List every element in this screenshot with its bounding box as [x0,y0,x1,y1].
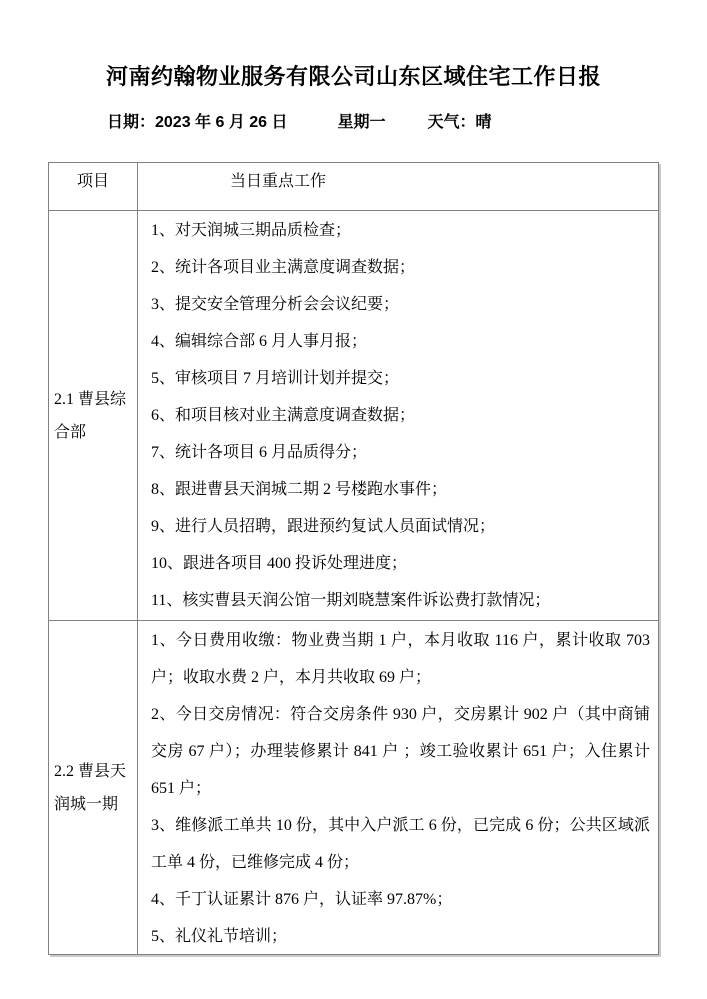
project-label-line: 合部 [54,416,137,449]
work-item: 6、和项目核对业主满意度调查数据； [151,397,650,434]
project-label-line: 2.1 曹县综 [54,383,137,416]
work-item: 2、今日交房情况：符合交房条件 930 户，交房累计 902 户（其中商铺交房 … [151,696,650,807]
work-item: 10、跟进各项目 400 投诉处理进度； [151,545,650,582]
work-items-caoxian-tianruncheng: 1、今日费用收缴：物业费当期 1 户，本月收取 116 户，累计收取 703 户… [138,621,658,954]
work-item: 5、审核项目 7 月培训计划并提交； [151,360,650,397]
work-item: 9、进行人员招聘，跟进预约复试人员面试情况； [151,508,650,545]
work-item: 1、对天润城三期品质检查； [151,212,650,249]
work-item: 5、礼仪礼节培训； [151,918,650,954]
work-item: 4、编辑综合部 6 月人事月报； [151,323,650,360]
date-value: 日期：2023 年 6 月 26 日 [107,114,288,131]
work-item: 3、提交安全管理分析会会议纪要； [151,286,650,323]
work-item: 4、千丁认证累计 876 户，认证率 97.87%； [151,881,650,918]
work-items-caoxian-zonghebu: 1、对天润城三期品质检查； 2、统计各项目业主满意度调查数据； 3、提交安全管理… [138,211,658,621]
work-item: 3、维修派工单共 10 份，其中入户派工 6 份，已完成 6 份；公共区域派工单… [151,807,650,881]
date-line: 日期：2023 年 6 月 26 日星期一天气：晴 [107,110,492,136]
project-cell-caoxian-tianruncheng: 2.2 曹县天 润城一期 [49,621,138,954]
work-item: 1、今日费用收缴：物业费当期 1 户，本月收取 116 户，累计收取 703 户… [151,622,650,696]
work-item: 8、跟进曹县天润城二期 2 号楼跑水事件； [151,471,650,508]
weekday-value: 星期一 [338,114,386,131]
daily-report-table: 项目 当日重点工作 2.1 曹县综 合部 1、对天润城三期品质检查； 2、统计各… [48,162,659,955]
weather-value: 天气：晴 [428,114,492,131]
page-title: 河南约翰物业服务有限公司山东区域住宅工作日报 [0,62,707,92]
project-label-line: 润城一期 [54,788,137,821]
work-item: 7、统计各项目 6 月品质得分； [151,434,650,471]
project-cell-caoxian-zonghebu: 2.1 曹县综 合部 [49,211,138,621]
header-work: 当日重点工作 [138,163,658,211]
work-item: 11、核实曹县天润公馆一期刘晓慧案件诉讼费打款情况； [151,582,650,619]
header-project: 项目 [49,163,138,211]
project-label-line: 2.2 曹县天 [54,755,137,788]
work-item: 2、统计各项目业主满意度调查数据； [151,249,650,286]
